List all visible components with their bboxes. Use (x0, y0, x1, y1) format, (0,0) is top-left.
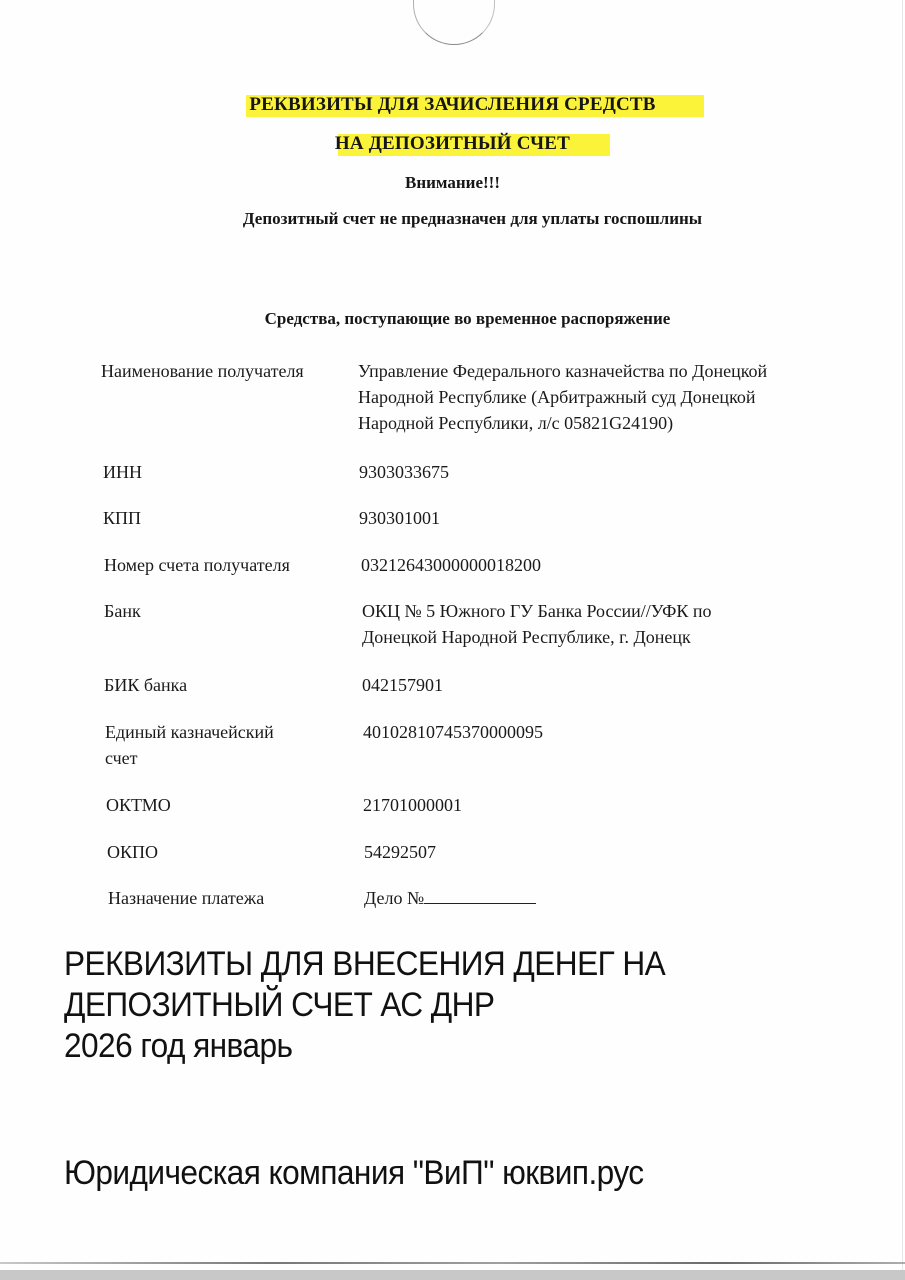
case-number-label: Дело № (364, 888, 424, 908)
overlay-caption: РЕКВИЗИТЫ ДЛЯ ВНЕСЕНИЯ ДЕНЕГ НА ДЕПОЗИТН… (64, 944, 665, 1067)
scanned-document-page: РЕКВИЗИТЫ ДЛЯ ЗАЧИСЛЕНИЯ СРЕДСТВ НА ДЕПО… (0, 0, 905, 1280)
section-title: Средства, поступающие во временное распо… (0, 309, 905, 329)
document-title-line-1: РЕКВИЗИТЫ ДЛЯ ЗАЧИСЛЕНИЯ СРЕДСТВ (0, 94, 905, 116)
value-line: Управление Федерального казначейства по … (358, 358, 767, 384)
row-value-payment-purpose: Дело № (364, 885, 536, 911)
row-value-account: 03212643000000018200 (361, 552, 541, 578)
row-label-treasury-account: Единый казначейский счет (105, 719, 274, 771)
warning-text: Депозитный счет не предназначен для упла… (0, 209, 905, 229)
document-title-line-2: НА ДЕПОЗИТНЫЙ СЧЕТ (0, 133, 905, 155)
row-value-inn: 9303033675 (359, 459, 449, 485)
company-footer: Юридическая компания "ВиП" юквип.рус (64, 1153, 643, 1194)
row-value-okpo: 54292507 (364, 839, 436, 865)
row-value-bik: 042157901 (362, 672, 443, 698)
row-label-bik: БИК банка (104, 672, 187, 698)
value-line: Народной Республике (Арбитражный суд Дон… (358, 384, 767, 410)
value-line: Народной Республики, л/с 05821G24190) (358, 410, 767, 436)
case-number-blank (424, 885, 536, 904)
caption-line: ДЕПОЗИТНЫЙ СЧЕТ АС ДНР (64, 985, 665, 1026)
value-line: Донецкой Народной Республике, г. Донецк (362, 624, 712, 650)
row-label-inn: ИНН (103, 459, 142, 485)
row-value-bank: ОКЦ № 5 Южного ГУ Банка России//УФК по Д… (362, 598, 712, 650)
row-label-okpo: ОКПО (107, 839, 158, 865)
row-label-recipient: Наименование получателя (101, 358, 304, 384)
row-label-account: Номер счета получателя (104, 552, 290, 578)
row-label-kpp: КПП (103, 505, 141, 531)
row-value-oktmo: 21701000001 (363, 792, 462, 818)
page-bottom-edge (0, 1262, 905, 1264)
row-value-kpp: 930301001 (359, 505, 440, 531)
background-band (0, 1270, 905, 1280)
row-label-payment-purpose: Назначение платежа (108, 885, 264, 911)
caption-line: РЕКВИЗИТЫ ДЛЯ ВНЕСЕНИЯ ДЕНЕГ НА (64, 944, 665, 985)
row-value-recipient: Управление Федерального казначейства по … (358, 358, 767, 436)
folder-notch-cutout (413, 0, 495, 45)
value-line: ОКЦ № 5 Южного ГУ Банка России//УФК по (362, 598, 712, 624)
row-value-treasury-account: 40102810745370000095 (363, 719, 543, 745)
row-label-bank: Банк (104, 598, 141, 624)
label-line: счет (105, 745, 274, 771)
attention-heading: Внимание!!! (0, 173, 905, 193)
caption-line: 2026 год январь (64, 1026, 665, 1067)
row-label-oktmo: ОКТМО (106, 792, 171, 818)
label-line: Единый казначейский (105, 719, 274, 745)
